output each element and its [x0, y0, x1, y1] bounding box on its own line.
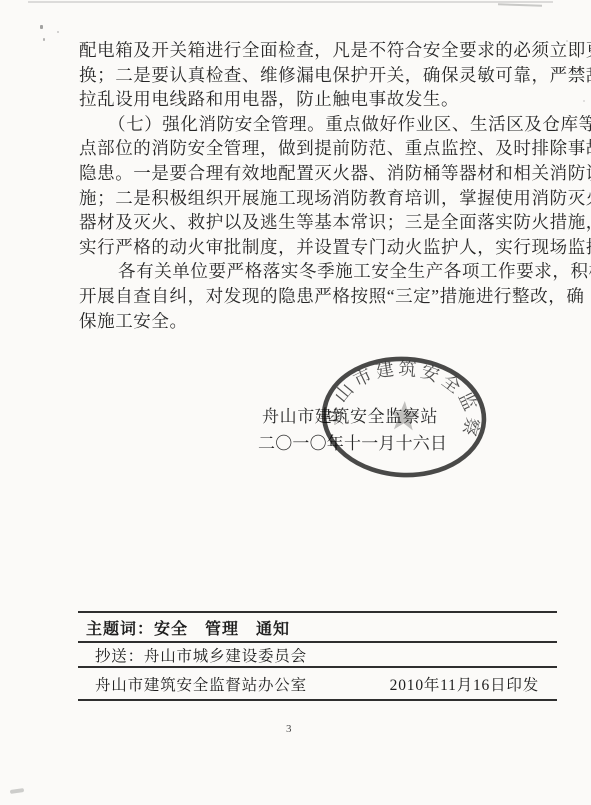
- print-date: 2010年11月16日印发: [390, 673, 539, 695]
- subject-label: 主题词：: [86, 616, 154, 639]
- body-line: 配电箱及开关箱进行全面检查，凡是不符合安全要求的必须立即更: [79, 38, 557, 63]
- cc-value: 舟山市城乡建设委员会: [144, 644, 307, 666]
- body-line: 隐患。一是要合理有效地配置灭火器、消防桶等器材和相关消防设: [79, 161, 557, 186]
- issuer-row: 舟山市建筑安全监督站办公室 2010年11月16日印发: [78, 666, 557, 701]
- scan-speck: [583, 100, 585, 102]
- scan-speck: [43, 38, 45, 41]
- body-line: 拉乱设用电线路和用电器，防止触电事故发生。: [79, 87, 557, 112]
- body-line: 开展自查自纠，对发现的隐患严格按照“三定”措施进行整改，确: [79, 284, 557, 309]
- scan-dash-mark: [498, 3, 542, 7]
- body-line: 施；二是积极组织开展施工现场消防教育培训，掌握使用消防灭火: [79, 186, 557, 211]
- seal-ring-text: 舟山市建筑安全监察站: [313, 345, 488, 441]
- scanned-document-page: 配电箱及开关箱进行全面检查，凡是不符合安全要求的必须立即更 换；二是要认真检查、…: [0, 0, 591, 805]
- official-seal: 舟山市建筑安全监察站: [313, 345, 496, 488]
- page-number: 3: [286, 723, 292, 735]
- subject-row: 主题词： 安全 管理 通知: [78, 611, 557, 641]
- issuer-office: 舟山市建筑安全监督站办公室: [95, 673, 307, 695]
- scan-speck: [40, 25, 43, 29]
- scan-speck: [57, 31, 59, 33]
- body-line: 器材及灭火、救护以及逃生等基本常识；三是全面落实防火措施，: [79, 210, 557, 235]
- seal-star-icon: [388, 400, 420, 430]
- body-line: 换；二是要认真检查、维修漏电保护开关，确保灵敏可靠，严禁乱: [79, 63, 557, 88]
- subject-terms: 安全 管理 通知: [154, 616, 290, 639]
- document-body: 配电箱及开关箱进行全面检查，凡是不符合安全要求的必须立即更 换；二是要认真检查、…: [79, 38, 557, 333]
- body-line: 实行严格的动火审批制度，并设置专门动火监护人，实行现场监护。: [79, 235, 557, 260]
- body-line-paragraph-start: 各有关单位要严格落实冬季施工安全生产各项工作要求，积极: [79, 259, 557, 284]
- cc-label: 抄送：: [95, 644, 144, 666]
- scan-edge-line: [28, 1, 553, 3]
- footer-keywords-table: 主题词： 安全 管理 通知 抄送： 舟山市城乡建设委员会 舟山市建筑安全监督站办…: [78, 611, 557, 701]
- cc-row: 抄送： 舟山市城乡建设委员会: [78, 641, 557, 666]
- body-line: 保施工安全。: [79, 309, 557, 334]
- scan-corner-mark: [10, 788, 24, 794]
- body-line: 点部位的消防安全管理，做到提前防范、重点监控、及时排除事故: [79, 136, 557, 161]
- body-line-paragraph-start: （七）强化消防安全管理。重点做好作业区、生活区及仓库等重: [79, 112, 557, 137]
